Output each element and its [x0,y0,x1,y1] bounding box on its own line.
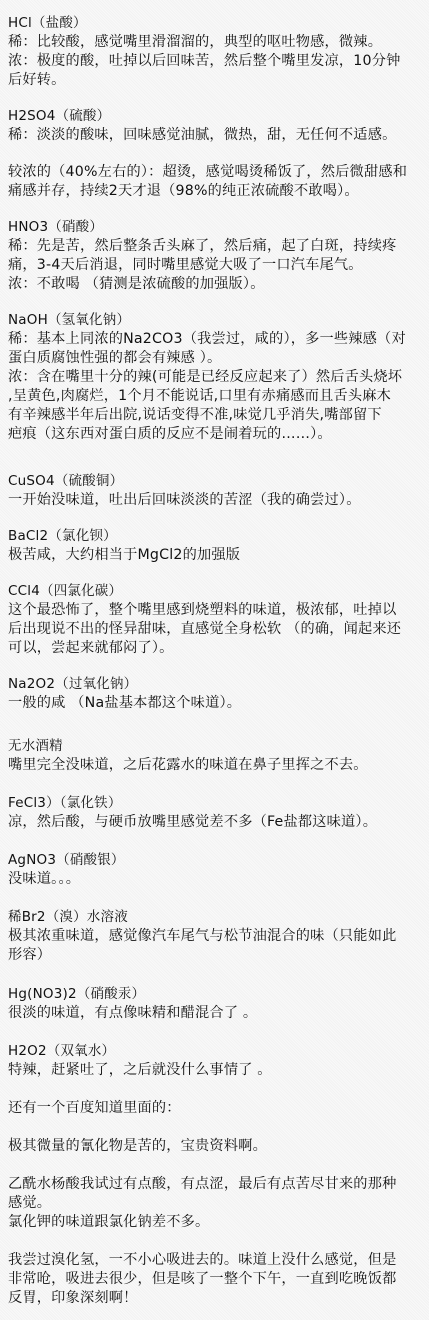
section-title-fecl3: FeCl3）（氯化铁） [8,794,122,813]
section-title-hgno32: Hg(NO3)2（硝酸汞） [8,985,145,1004]
text-line: 蛋白质腐蚀性强的都会有辣感 ）。 [8,349,221,368]
text-line: 感觉。 [8,1194,51,1213]
section-title-hcl: HCl（盐酸） [8,14,87,33]
section-title-cuso4: CuSO4（硫酸铜） [8,472,123,491]
text-line: 有辛辣感半年后出院,说话变得不准,味觉几乎消失,嘴部留下 [8,406,382,425]
text-line: 形容） [8,946,51,965]
text-line: 较浓的（40%左右的）：超烫，感觉喝烫稀饭了，然后微甜感和 [8,163,407,182]
text-line: 我尝过溴化氢，一不小心吸进去的。味道上没什么感觉，但是 [8,1251,396,1270]
section-title-ccl4: CCl4（四氯化碳） [8,582,122,601]
text-line: 特辣，赶紧吐了，之后就没什么事情了 。 [8,1061,272,1080]
section-title-br2: 稀Br2（溴）水溶液 [8,908,128,927]
text-line: 反胃，印象深刻啊！ [8,1289,138,1308]
text-line: 稀：淡淡的酸味，回味感觉油腻，微热，甜，无任何不适感。 [8,126,396,145]
section-title-h2o2: H2O2（双氧水） [8,1042,115,1061]
text-line: 非常呛，吸进去很少，但是咳了一整个下午，一直到吃晚饭都 [8,1270,396,1289]
section-title-agno3: AgNO3（硝酸银） [8,851,125,870]
text-line: 这个最恐怖了，整个嘴里感到烧塑料的味道，极浓郁，吐掉以 [8,601,396,620]
text-line: 氯化钾的味道跟氯化钠差不多。 [8,1213,209,1232]
text-line: 极苦咸，大约相当于MgCl2的加强版 [8,546,240,565]
text-line: 很淡的味道，有点像味精和醋混合了 。 [8,1004,257,1023]
text-line: 一开始没味道，吐出后回味淡淡的苦涩（我的确尝过）。 [8,491,361,510]
text-line: 后出现说不出的怪异甜味，直感觉全身松软 （的确，闻起来还 [8,620,401,639]
text-line: 稀：比较酸，感觉嘴里滑溜溜的，典型的呕吐物感，微辣。 [8,33,382,52]
text-line: 浓：不敢喝 （猜测是浓硫酸的加强版）。 [8,275,265,294]
section-title-na2o2: Na2O2（过氧化钠） [8,675,137,694]
text-line: 痛感并存，持续2天才退（98%的纯正浓硫酸不敢喝）。 [8,182,359,201]
text-line: ,呈黄色,肉腐烂，1个月不能说话,口里有赤痛感而且舌头麻木 [8,387,391,406]
text-line: 凉，然后酸，与硬币放嘴里感觉差不多（Fe盐都这味道）。 [8,813,377,832]
text-line: 疤痕（这东西对蛋白质的反应不是闹着玩的……）。 [8,425,332,444]
text-line: 痛，3-4天后消退，同时嘴里感觉大吸了一口汽车尾气。 [8,256,363,275]
section-title-h2so4: H2SO4（硫酸） [8,107,110,126]
section-title-ethanol: 无水酒精 [8,737,63,756]
section-title-bacl2: BaCl2（氯化钡） [8,527,117,546]
text-line: 没味道。。。 [8,870,80,889]
text-line: 稀：先是苦，然后整条舌头麻了，然后痛，起了白斑，持续疼 [8,237,396,256]
text-line: 可以，尝起来就郁闷了）。 [8,639,174,658]
text-line: 极其微量的氰化物是苦的，宝贵资料啊。 [8,1137,267,1156]
document-page: HCl（盐酸） 稀：比较酸，感觉嘴里滑溜溜的，典型的呕吐物感，微辣。 浓：极度的… [0,0,429,1320]
text-line: 还有一个百度知道里面的： [8,1099,181,1118]
text-line: 后好转。 [8,71,66,90]
section-title-naoh: NaOH（氢氧化钠） [8,311,130,330]
text-line: 浓：含在嘴里十分的辣(可能是已经反应起来了）然后舌头烧坏 [8,368,402,387]
text-line: 浓：极度的酸，吐掉以后回味苦，然后整个嘴里发凉，10分钟 [8,52,401,71]
text-line: 一般的咸 （Na盐基本都这个味道）。 [8,694,241,713]
text-line: 稀：基本上同浓的Na2CO3（我尝过，咸的），多一些辣感（对 [8,330,406,349]
text-line: 极其浓重味道，感觉像汽车尾气与松节油混合的味（只能如此 [8,927,396,946]
text-line: 乙酰水杨酸我试过有点酸，有点涩，最后有点苦尽甘来的那种 [8,1175,396,1194]
section-title-hno3: HNO3（硝酸） [8,218,103,237]
text-line: 嘴里完全没味道，之后花露水的味道在鼻子里挥之不去。 [8,756,368,775]
